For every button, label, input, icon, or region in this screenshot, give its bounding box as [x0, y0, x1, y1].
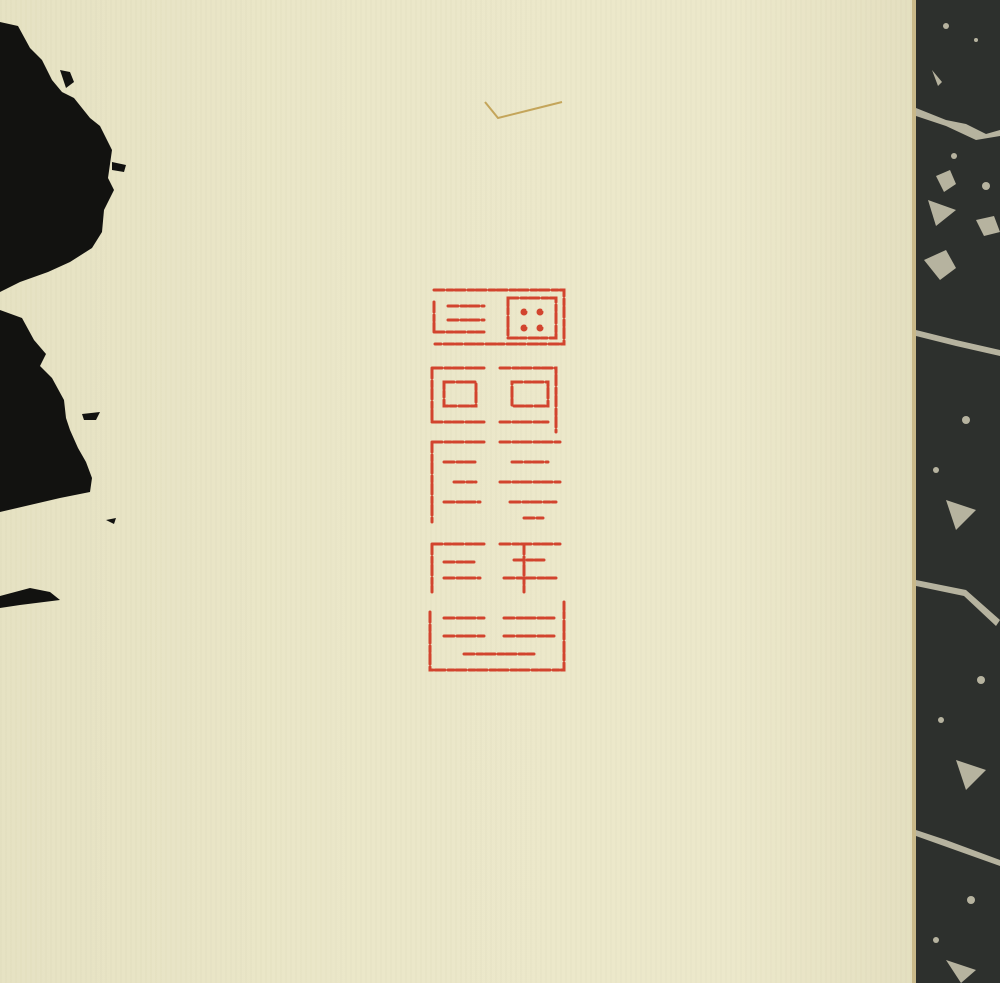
- red-seal-stamp: [424, 282, 572, 674]
- paper-fiber: [480, 90, 580, 130]
- scroll-mounting: [916, 0, 1000, 983]
- marble-texture: [916, 0, 1000, 983]
- calligraphy-brushstrokes: [0, 0, 200, 700]
